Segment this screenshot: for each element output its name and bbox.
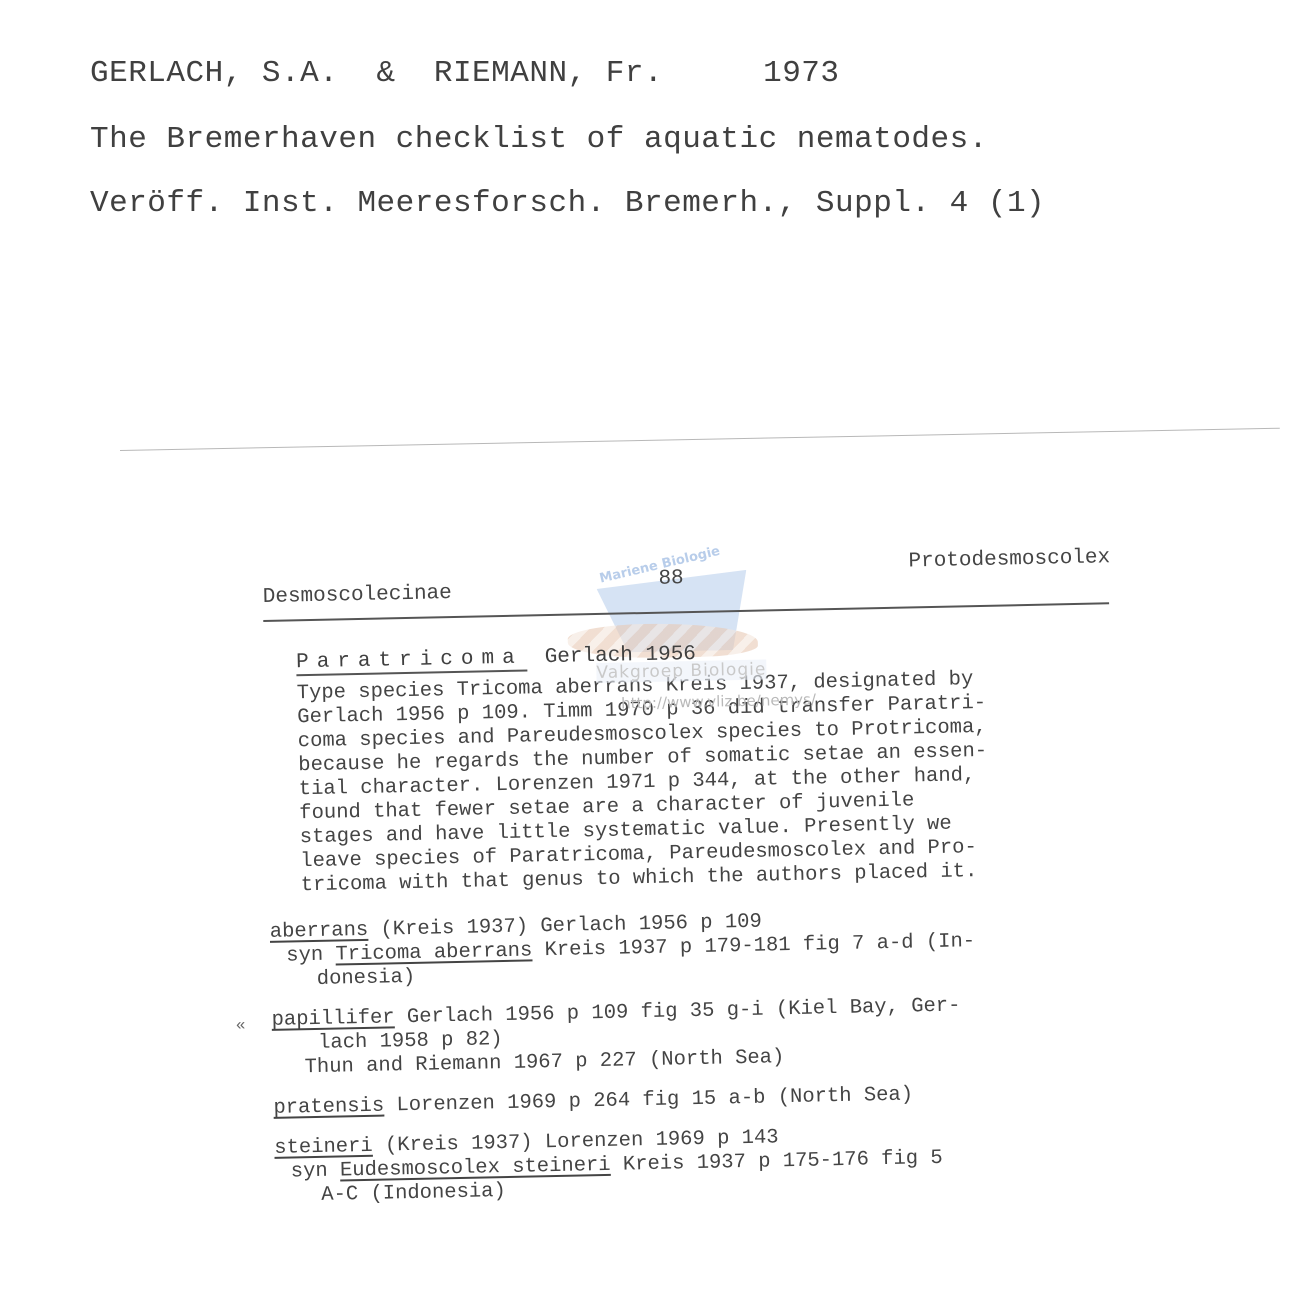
species-citation: Lorenzen 1969 p 264 fig 15 a-b (North Se…: [384, 1083, 913, 1117]
species-name: pratensis: [273, 1095, 384, 1120]
reference-title: The Bremerhaven checklist of aquatic nem…: [90, 122, 988, 157]
reference-journal: Veröff. Inst. Meeresforsch. Bremerh., Su…: [90, 186, 1045, 221]
reference-year: 1973: [763, 56, 839, 91]
genus-authority: Gerlach 1956: [544, 643, 696, 669]
species-entry-aberrans: aberrans (Kreis 1937) Gerlach 1956 p 109…: [270, 903, 1131, 993]
species-list: aberrans (Kreis 1937) Gerlach 1956 p 109…: [270, 903, 1136, 1209]
header-subfamily: Desmoscolecinae: [263, 582, 452, 609]
synonym-name: Eudesmoscolex steineri: [340, 1154, 611, 1183]
synonym-name: Tricoma aberrans: [335, 939, 532, 966]
species-entry-pratensis: pratensis Lorenzen 1969 p 264 fig 15 a-b…: [273, 1079, 1133, 1121]
header-genus: Protodesmoscolex: [908, 546, 1110, 573]
reference-authors: GERLACH, S.A. & RIEMANN, Fr.: [90, 56, 663, 91]
syn-prefix: syn: [291, 1160, 341, 1184]
species-entry-papillifer: « papillifer Gerlach 1956 p 109 fig 35 g…: [271, 991, 1132, 1081]
divider-line: [120, 428, 1280, 451]
species-name: aberrans: [270, 919, 369, 944]
genus-description: Type species Tricoma aberrans Kreis 1937…: [297, 665, 1121, 898]
scanned-page: Mariene Biologie Vakgroep Biologie http:…: [262, 542, 1136, 1240]
species-name: steineri: [274, 1135, 373, 1160]
page-header: Desmoscolecinae 88 Protodesmoscolex: [262, 542, 1123, 604]
species-entry-steineri: steineri (Kreis 1937) Lorenzen 1969 p 14…: [274, 1119, 1135, 1209]
genus-name: Paratricoma: [296, 646, 527, 676]
syn-prefix: syn: [286, 944, 336, 968]
page-number: 88: [658, 567, 684, 591]
reference-authors-line: GERLACH, S.A. & RIEMANN, Fr.1973: [90, 56, 840, 91]
species-name: papillifer: [271, 1006, 394, 1032]
margin-mark: «: [235, 1013, 245, 1037]
